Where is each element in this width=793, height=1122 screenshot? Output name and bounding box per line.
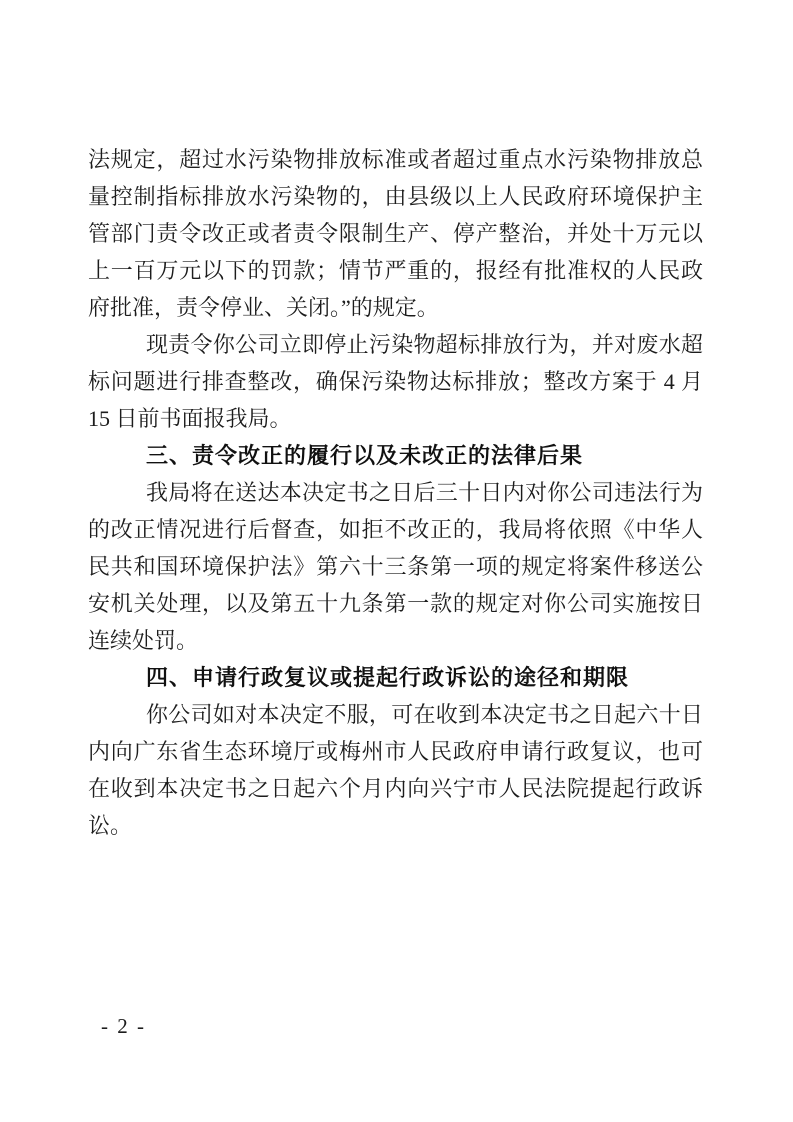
- page-number: - 2 -: [101, 1014, 146, 1039]
- section-heading-consequences: 三、责令改正的履行以及未改正的法律后果: [88, 437, 703, 474]
- document-body: 法规定，超过水污染物排放标准或者超过重点水污染物排放总量控制指标排放水污染物的，…: [88, 141, 703, 844]
- section-heading-appeal-channels: 四、申请行政复议或提起行政诉讼的途径和期限: [88, 659, 703, 696]
- paragraph-legal-provision-continuation: 法规定，超过水污染物排放标准或者超过重点水污染物排放总量控制指标排放水污染物的，…: [88, 141, 703, 326]
- paragraph-supervision-followup: 我局将在送达本决定书之日后三十日内对你公司违法行为的改正情况进行后督查，如拒不改…: [88, 474, 703, 659]
- paragraph-correction-order: 现责令你公司立即停止污染物超标排放行为，并对废水超标问题进行排查整改，确保污染物…: [88, 326, 703, 437]
- document-page: 法规定，超过水污染物排放标准或者超过重点水污染物排放总量控制指标排放水污染物的，…: [0, 0, 793, 1122]
- paragraph-appeal-rights: 你公司如对本决定不服，可在收到本决定书之日起六十日内向广东省生态环境厅或梅州市人…: [88, 696, 703, 844]
